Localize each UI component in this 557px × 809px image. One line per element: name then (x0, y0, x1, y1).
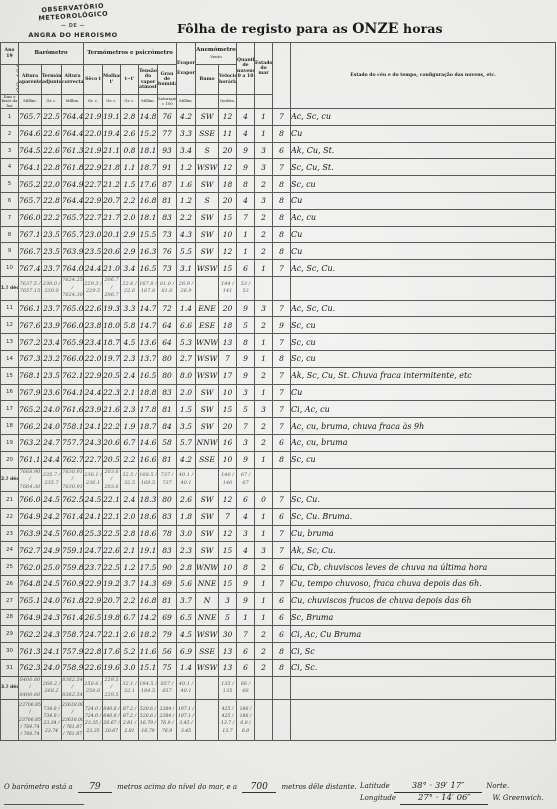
cell-t-diff: 2.1 (121, 542, 139, 559)
cell-evap: 1.4 (177, 659, 196, 676)
cell-vapor: 16.5 (139, 367, 158, 384)
cell-evap: 2.0 (177, 384, 196, 401)
cell-alt-ap: 763.25 (19, 434, 42, 451)
cell-alt-ap: 762.20 (19, 626, 42, 643)
year-value: AGO. 1942 (1, 65, 19, 95)
cell-alt-ap: 764.90 (19, 609, 42, 626)
summary-cell: 724.0 / 724.0 / 23.35 / 23.35 (84, 700, 103, 741)
cell-vis: 8 (273, 226, 291, 243)
cell-evap: 3.7 (177, 592, 196, 609)
day-number: 28 (1, 609, 19, 626)
cell-vis: 7 (273, 418, 291, 435)
cell-evap: 2.8 (177, 559, 196, 576)
table-row: 29762.2024.3758.7824.722.12.618.2794.5WS… (1, 626, 556, 643)
cell-t-dry: 24.1 (84, 508, 103, 525)
cell-evap: 6.6 (177, 317, 196, 334)
cell-sea: 2 (255, 317, 273, 334)
cell-clouds: 5 (237, 401, 255, 418)
day-number: 10 (1, 260, 19, 277)
cell-t-diff: 6.7 (121, 434, 139, 451)
cell-t-wet: 20.5 (103, 451, 121, 468)
longitude-suffix: W. Greenwich. (493, 794, 544, 802)
day-number: 18 (1, 418, 19, 435)
day-number: 5 (1, 176, 19, 193)
cell-alt-ap: 764.55 (19, 142, 42, 159)
cell-sea: 1 (255, 334, 273, 351)
cell-wind-dir: SW (196, 109, 219, 126)
cell-vapor: 16.8 (139, 592, 158, 609)
cell-t-wet: 20.7 (103, 193, 121, 210)
cell-t-wet: 22.2 (103, 418, 121, 435)
cell-clouds: 9 (237, 576, 255, 593)
cell-remark: Ac, cu, bruma (291, 434, 556, 451)
table-row: 28764.9024.3761.4026.519.86.714.2696.5NN… (1, 609, 556, 626)
cell-humid: 83 (158, 508, 177, 525)
cell-alt-corr: 757.91 (62, 643, 84, 660)
cell-vis: 6 (273, 609, 291, 626)
cell-alt-corr: 765.04 (62, 300, 84, 317)
cell-sea: 1 (255, 525, 273, 542)
cell-wind-dir: SW (196, 384, 219, 401)
cell-term-adj: 24.0 (42, 659, 62, 676)
decade-summary-row: 3.ª década8400.60 / 8400.60268.2 / 268.2… (1, 676, 556, 700)
cell-t-wet: 19.4 (103, 125, 121, 142)
cell-remark: Ci, Sc. (291, 659, 556, 676)
cell-clouds: 4 (237, 508, 255, 525)
cell-wind-dir: SW (196, 226, 219, 243)
cell-t-wet: 20.7 (103, 592, 121, 609)
cell-vis: 8 (273, 659, 291, 676)
cell-alt-ap: 764.65 (19, 125, 42, 142)
register-table: Ano 19 Barómetro Termómetros e psicrómet… (0, 42, 556, 741)
cell-clouds: 9 (237, 451, 255, 468)
cell-evap: 3.4 (177, 142, 196, 159)
cell-wind-dir: WNW (196, 334, 219, 351)
cell-term-adj: 25.0 (42, 559, 62, 576)
cell-term-adj: 22.5 (42, 109, 62, 126)
cell-sea: 1 (255, 592, 273, 609)
footnote-text: metros dêle distante. (282, 783, 357, 791)
cell-evap: 1.4 (177, 300, 196, 317)
cell-remark: Cu (291, 125, 556, 142)
monthly-summary-row: 23706.85 / 23706.85 / 764.74 / 764.74734… (1, 700, 556, 741)
cell-t-wet: 20.6 (103, 434, 121, 451)
cell-wind-dir: SW (196, 401, 219, 418)
longitude-value: 27° · 14′ 06″ (400, 793, 488, 805)
cell-alt-ap: 762.70 (19, 542, 42, 559)
cell-vis: 7 (273, 576, 291, 593)
cell-evap: 1.5 (177, 401, 196, 418)
col-t-diff: t−t' (121, 65, 139, 95)
table-row: 20761.1524.4762.7022.720.52.216.6814.2SS… (1, 451, 556, 468)
cell-evap: 4.2 (177, 451, 196, 468)
decade-total-cell: 203.6 / 203.6 (103, 468, 121, 492)
cell-evap: 5.7 (177, 434, 196, 451)
cell-t-diff: 5.8 (121, 317, 139, 334)
table-row: 27765.1024.0761.8022.920.72.216.8813.7N3… (1, 592, 556, 609)
cell-term-adj: 24.7 (42, 434, 62, 451)
col-altura-correcta: Altura correcta (62, 65, 84, 95)
cell-t-wet: 21.7 (103, 209, 121, 226)
cell-humid: 81 (158, 592, 177, 609)
cell-vis: 7 (273, 159, 291, 176)
cell-humid: 72 (158, 300, 177, 317)
latitude-value: 38° · 39′ 17″ (394, 781, 482, 793)
cell-vapor: 14.2 (139, 609, 158, 626)
day-number: 26 (1, 576, 19, 593)
unit-label: Quilóm. (219, 95, 237, 109)
cell-alt-corr: 757.77 (62, 434, 84, 451)
cell-t-dry: 24.5 (84, 492, 103, 509)
cell-t-wet: 22.3 (103, 384, 121, 401)
cell-alt-corr: 762.11 (62, 367, 84, 384)
decade-total-cell: 184.5 / 184.5 (139, 676, 158, 700)
decade-label: 1.ª década (1, 277, 19, 301)
cell-clouds: 7 (237, 626, 255, 643)
cell-wind-dir: SW (196, 508, 219, 525)
cell-t-wet: 22.6 (103, 542, 121, 559)
cell-term-adj: 24.5 (42, 576, 62, 593)
cell-t-dry: 21.9 (84, 109, 103, 126)
cell-alt-ap: 766.00 (19, 209, 42, 226)
cell-humid: 81 (158, 451, 177, 468)
cell-vapor: 18.3 (139, 492, 158, 509)
decade-total-cell: 53 / 53 (237, 277, 255, 301)
cell-alt-corr: 758.78 (62, 626, 84, 643)
cell-vis: 6 (273, 142, 291, 159)
cell-evap: 3.3 (177, 125, 196, 142)
cell-t-wet: 22.1 (103, 492, 121, 509)
cell-sea: 3 (255, 542, 273, 559)
decade-total-cell: 26.9 / 26.9 (177, 277, 196, 301)
decade-total-cell: 258.6 / 258.6 (84, 676, 103, 700)
cell-evap: 4.2 (177, 109, 196, 126)
cell-t-diff: 0.8 (121, 142, 139, 159)
cell-remark: Sc, Cu. Bruma. (291, 508, 556, 525)
cell-clouds: 9 (237, 159, 255, 176)
cell-vapor: 16.5 (139, 260, 158, 277)
cell-remark: Sc, cu (291, 451, 556, 468)
cell-evap: 1.6 (177, 176, 196, 193)
cell-humid: 75 (158, 659, 177, 676)
cell-wind-dir: WNW (196, 559, 219, 576)
cell-vis: 7 (273, 109, 291, 126)
day-number: 29 (1, 626, 19, 643)
cell-wind-dir: SW (196, 243, 219, 260)
cell-clouds: 4 (237, 125, 255, 142)
unit-label (196, 95, 219, 109)
cell-t-diff: 3.3 (121, 300, 139, 317)
cell-remark: Sc, cu (291, 317, 556, 334)
cell-clouds: 1 (237, 226, 255, 243)
decade-total-cell: 857 / 857 (158, 676, 177, 700)
cell-humid: 58 (158, 434, 177, 451)
cell-sea: 1 (255, 609, 273, 626)
cell-evap: 2.7 (177, 350, 196, 367)
stamp-institution: OBSERVATÓRIO METEOROLÓGICO (18, 0, 129, 24)
cell-alt-corr: 766.06 (62, 317, 84, 334)
cell-wind-dir: NNE (196, 609, 219, 626)
decade-total-cell: 229.3 / 229.5 (84, 277, 103, 301)
cell-t-wet: 20.5 (103, 367, 121, 384)
cell-vapor: 17.5 (139, 559, 158, 576)
cell-t-diff: 2.3 (121, 401, 139, 418)
cell-wind-dir: SSE (196, 451, 219, 468)
cell-vapor: 16.3 (139, 243, 158, 260)
cell-t-diff: 2.4 (121, 367, 139, 384)
cell-term-adj: 24.3 (42, 609, 62, 626)
day-number: 22 (1, 508, 19, 525)
day-number: 31 (1, 659, 19, 676)
decade-label: 2.ª década (1, 468, 19, 492)
cell-remark: Ac, Sc, Cu. (291, 300, 556, 317)
table-row: 26764.8524.5760.9022.919.23.714.3695.6NN… (1, 576, 556, 593)
cell-vis: 6 (273, 434, 291, 451)
cell-t-diff: 2.3 (121, 350, 139, 367)
cell-vapor: 18.1 (139, 142, 158, 159)
register-body: 1765.7022.5764.4421.919.12.814.8764.2SW1… (1, 109, 556, 741)
cell-clouds: 1 (237, 243, 255, 260)
col-tensao-vapor: Tensão do vapor atmosférico (139, 65, 158, 95)
unit-label: Gr. c. (42, 95, 62, 109)
cell-sea: 2 (255, 434, 273, 451)
cell-sea: 3 (255, 401, 273, 418)
cell-t-diff: 2.9 (121, 226, 139, 243)
barometer-footnote: O barómetro está a 79 metros acima do ní… (4, 782, 357, 793)
cell-t-dry: 23.7 (84, 559, 103, 576)
col-termometro-adjunto: Termómetro adjunto (42, 65, 62, 95)
cell-remark: Sc, cu (291, 334, 556, 351)
cell-humid: 69 (158, 576, 177, 593)
cell-t-dry: 25.3 (84, 525, 103, 542)
cell-humid: 76 (158, 109, 177, 126)
longitude-line: Longitude 27° · 14′ 06″ W. Greenwich. (360, 793, 544, 805)
cell-alt-corr: 761.65 (62, 401, 84, 418)
col-humidade: Grau de humidade (158, 65, 177, 95)
cell-term-adj: 23.7 (42, 300, 62, 317)
cell-sea: 1 (255, 125, 273, 142)
cell-alt-corr: 758.97 (62, 659, 84, 676)
summary-cell: 107.1 / 107.1 / 3.45 / 3.45 (177, 700, 196, 741)
decade-total-cell: 146 / 146 (219, 468, 237, 492)
cell-t-wet: 21.1 (103, 142, 121, 159)
cell-t-dry: 22.9 (84, 193, 103, 210)
cell-humid: 69 (158, 609, 177, 626)
cell-humid: 93 (158, 142, 177, 159)
summary-label (1, 700, 19, 741)
cell-alt-ap: 766.20 (19, 418, 42, 435)
cell-t-wet: 18.7 (103, 334, 121, 351)
cell-wind-speed: 20 (219, 418, 237, 435)
cell-t-wet: 21.2 (103, 176, 121, 193)
table-row: 11766.1723.7765.0422.619.33.314.7721.4EN… (1, 300, 556, 317)
cell-t-wet: 22.1 (103, 508, 121, 525)
cell-term-adj: 22.6 (42, 125, 62, 142)
cell-wind-speed: 20 (219, 300, 237, 317)
cell-t-diff: 1.5 (121, 176, 139, 193)
table-row: 19763.2524.7757.7724.320.66.714.6585.7NN… (1, 434, 556, 451)
summary-cell: 640.8 / 640.8 / 20.67 / 20.67 (103, 700, 121, 741)
cell-alt-ap: 767.60 (19, 317, 42, 334)
cell-clouds: 3 (237, 434, 255, 451)
day-number: 30 (1, 643, 19, 660)
cell-t-wet: 21.6 (103, 401, 121, 418)
cell-vapor: 19.1 (139, 542, 158, 559)
cell-t-dry: 22.9 (84, 159, 103, 176)
cell-evap: 3.5 (177, 418, 196, 435)
observatory-stamp: OBSERVATÓRIO METEOROLÓGICO — DE — ANGRA … (18, 4, 128, 40)
cell-remark: Ac, Sc, Cu. (291, 260, 556, 277)
cell-sea: 0 (255, 492, 273, 509)
cell-t-wet: 19.6 (103, 659, 121, 676)
cell-alt-ap: 765.25 (19, 176, 42, 193)
cell-alt-corr: 765.95 (62, 334, 84, 351)
cell-sea: 3 (255, 159, 273, 176)
cell-t-wet: 20.6 (103, 243, 121, 260)
cell-clouds: 8 (237, 559, 255, 576)
cell-remark: Cu (291, 193, 556, 210)
page-title: Fôlha de registo para as ONZE horas (177, 21, 443, 37)
cell-wind-dir: SSE (196, 125, 219, 142)
cell-t-diff: 2.9 (121, 243, 139, 260)
summary-cell (291, 700, 556, 741)
cell-clouds: 8 (237, 334, 255, 351)
cell-sea: 2 (255, 243, 273, 260)
cell-humid: 83 (158, 384, 177, 401)
day-number: 4 (1, 159, 19, 176)
cell-remark: Ak, Cu, St. (291, 142, 556, 159)
cell-sea: 2 (255, 367, 273, 384)
cell-sea: 1 (255, 260, 273, 277)
cell-term-adj: 24.0 (42, 401, 62, 418)
cell-evap: 6.9 (177, 643, 196, 660)
cell-evap: 3.1 (177, 260, 196, 277)
latitude-label: Latitude (360, 782, 390, 790)
cell-wind-dir: ESE (196, 317, 219, 334)
title-suffix: horas (403, 21, 443, 36)
decade-total-cell: 8400.60 / 8400.60 (19, 676, 42, 700)
cell-sea: 2 (255, 659, 273, 676)
cell-alt-ap: 767.10 (19, 226, 42, 243)
decade-total-cell (291, 676, 556, 700)
decade-total-cell (255, 277, 273, 301)
cell-humid: 81 (158, 401, 177, 418)
cell-t-dry: 23.8 (84, 317, 103, 334)
cell-term-adj: 22.6 (42, 142, 62, 159)
cell-evap: 4.5 (177, 626, 196, 643)
summary-cell (273, 700, 291, 741)
cell-sea: 2 (255, 418, 273, 435)
cell-alt-corr: 759.81 (62, 559, 84, 576)
cell-wind-speed: 13 (219, 334, 237, 351)
cell-t-diff: 2.2 (121, 592, 139, 609)
cell-wind-speed: 12 (219, 525, 237, 542)
cell-clouds: 6 (237, 643, 255, 660)
cell-evap: 1.2 (177, 159, 196, 176)
cell-t-diff: 1.1 (121, 159, 139, 176)
cell-t-dry: 22.9 (84, 367, 103, 384)
cell-vapor: 18.7 (139, 159, 158, 176)
cell-sea: 1 (255, 109, 273, 126)
cell-humid: 76 (158, 243, 177, 260)
cell-wind-dir: WSW (196, 350, 219, 367)
decade-total-cell: 8362.54 / 8362.54 (62, 676, 84, 700)
cell-alt-ap: 763.90 (19, 525, 42, 542)
cell-t-diff: 1.9 (121, 418, 139, 435)
cell-alt-ap: 765.10 (19, 592, 42, 609)
cell-wind-dir: SW (196, 418, 219, 435)
cell-remark: Ac, Sc, cu (291, 109, 556, 126)
cell-wind-speed: 12 (219, 109, 237, 126)
table-row: 6765.7022.8764.4422.920.72.216.8811.2S20… (1, 193, 556, 210)
cell-wind-speed: 17 (219, 367, 237, 384)
cell-wind-dir: WSW (196, 367, 219, 384)
cell-t-diff: 1.2 (121, 559, 139, 576)
cell-t-wet: 22.5 (103, 525, 121, 542)
decade-total-cell (196, 676, 219, 700)
table-row: 25762.0025.0759.8123.722.51.217.5902.8WN… (1, 559, 556, 576)
cell-wind-dir: SW (196, 542, 219, 559)
cell-remark: Ci, Ac, Cu Bruma (291, 626, 556, 643)
cell-wind-speed: 18 (219, 176, 237, 193)
decade-total-cell (273, 277, 291, 301)
cell-term-adj: 24.4 (42, 451, 62, 468)
cell-alt-corr: 761.40 (62, 609, 84, 626)
cell-term-adj: 23.2 (42, 350, 62, 367)
cell-wind-speed: 15 (219, 401, 237, 418)
cell-wind-speed: 12 (219, 159, 237, 176)
title-prefix: Fôlha de registo para as (177, 21, 348, 36)
decade-total-cell: 167.8 / 167.8 (139, 277, 158, 301)
cell-term-adj: 24.5 (42, 492, 62, 509)
cell-alt-corr: 761.32 (62, 142, 84, 159)
decade-label: 3.ª década (1, 676, 19, 700)
cell-t-wet: 20.1 (103, 226, 121, 243)
cell-sea: 2 (255, 643, 273, 660)
cell-alt-ap: 764.90 (19, 508, 42, 525)
stamp-place: ANGRA DO HEROISMO (18, 31, 128, 39)
cell-vis: 7 (273, 542, 291, 559)
cell-alt-corr: 759.19 (62, 542, 84, 559)
cell-evap: 6.5 (177, 609, 196, 626)
cell-vis: 9 (273, 317, 291, 334)
cell-evap: 2.3 (177, 542, 196, 559)
cell-clouds: 3 (237, 384, 255, 401)
cell-term-adj: 23.4 (42, 334, 62, 351)
cell-term-adj: 23.5 (42, 367, 62, 384)
decade-total-cell: 235.7 / 235.7 (42, 468, 62, 492)
cell-vis: 7 (273, 384, 291, 401)
decade-total-cell (255, 468, 273, 492)
cell-clouds: 6 (237, 260, 255, 277)
cell-t-dry: 26.5 (84, 609, 103, 626)
cell-evap: 5.3 (177, 334, 196, 351)
decade-summary-row: 2.ª década7668.90 / 7664.30235.7 / 235.7… (1, 468, 556, 492)
cell-t-dry: 22.0 (84, 350, 103, 367)
cell-vis: 8 (273, 176, 291, 193)
cell-remark: Cu (291, 384, 556, 401)
day-header: Dias e fases da lua (1, 95, 19, 109)
cell-alt-ap: 762.00 (19, 559, 42, 576)
cell-term-adj: 22.8 (42, 159, 62, 176)
cell-vapor: 18.2 (139, 626, 158, 643)
cell-vapor: 13.6 (139, 334, 158, 351)
header-row-groups: Ano 19 Barómetro Termómetros e psicrómet… (1, 43, 556, 65)
cell-vapor: 17.8 (139, 401, 158, 418)
cell-evap: 4.3 (177, 226, 196, 243)
day-number: 13 (1, 334, 19, 351)
cell-humid: 78 (158, 525, 177, 542)
